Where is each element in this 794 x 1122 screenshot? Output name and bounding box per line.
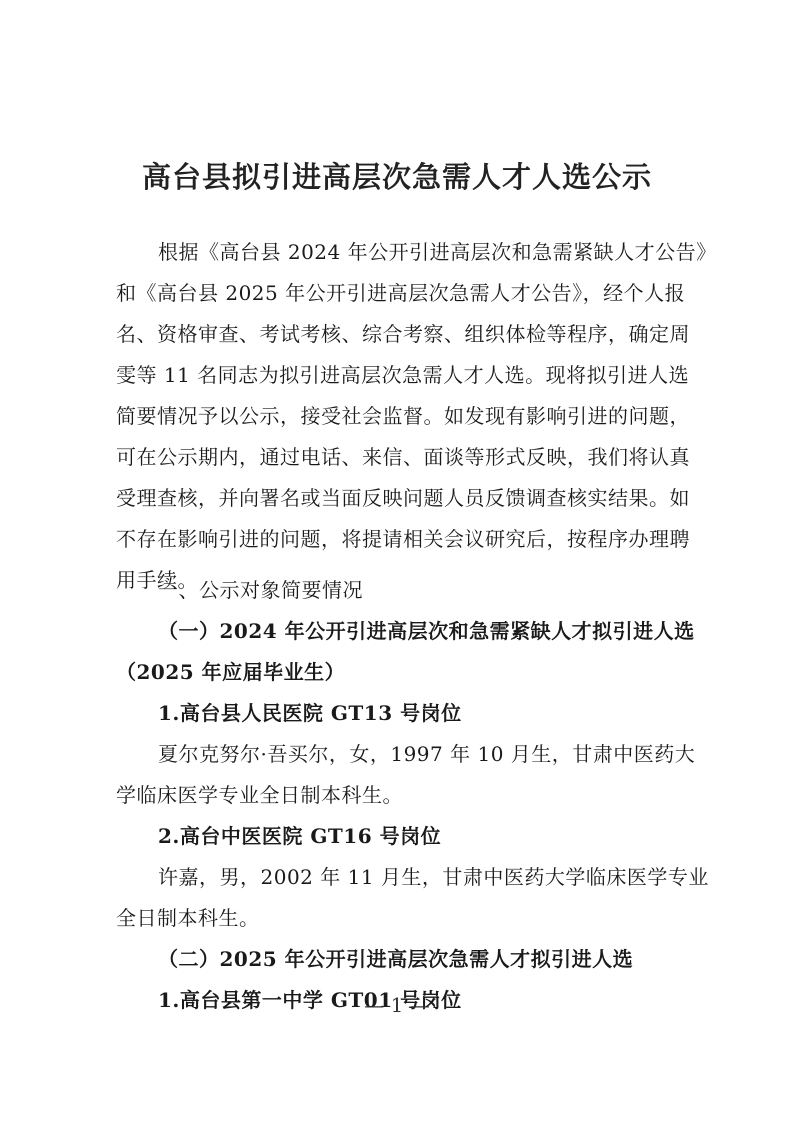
document-title: 高台县拟引进高层次急需人才人选公示 [0,155,794,196]
intro-line: 雯等 11 名同志为拟引进高层次急需人才人选。现将拟引进人选 [116,355,682,396]
candidate-desc: 夏尔克努尔·吾买尔，女，1997 年 10 月生，甘肃中医药大 [116,734,682,775]
subsection-heading: （一）2024 年公开引进高层次和急需紧缺人才拟引进人选 [116,611,682,652]
section-body: 一、公示对象简要情况 （一）2024 年公开引进高层次和急需紧缺人才拟引进人选 … [116,570,682,1021]
post-heading: 2.高台中医医院 GT16 号岗位 [116,816,682,857]
candidate-desc: 学临床医学专业全日制本科生。 [116,775,682,816]
page-number: — 1 — [0,993,794,1017]
candidate-desc: 全日制本科生。 [116,898,682,939]
intro-line: 简要情况予以公示，接受社会监督。如发现有影响引进的问题， [116,396,682,437]
intro-paragraph: 根据《高台县 2024 年公开引进高层次和急需紧缺人才公告》 和《高台县 202… [116,232,682,601]
subsection-heading-cont: （2025 年应届毕业生） [116,652,682,693]
intro-line: 不存在影响引进的问题，将提请相关会议研究后，按程序办理聘 [116,519,682,560]
intro-line: 和《高台县 2025 年公开引进高层次急需人才公告》，经个人报 [116,273,682,314]
post-heading: 1.高台县人民医院 GT13 号岗位 [116,693,682,734]
intro-line: 名、资格审查、考试考核、综合考察、组织体检等程序，确定周 [116,314,682,355]
section-heading: 一、公示对象简要情况 [116,570,682,611]
intro-line: 根据《高台县 2024 年公开引进高层次和急需紧缺人才公告》 [116,232,682,273]
intro-line: 受理查核，并向署名或当面反映问题人员反馈调查核实结果。如 [116,478,682,519]
intro-line: 可在公示期内，通过电话、来信、面谈等形式反映，我们将认真 [116,437,682,478]
subsection-heading: （二）2025 年公开引进高层次急需人才拟引进人选 [116,939,682,980]
candidate-desc: 许嘉，男，2002 年 11 月生，甘肃中医药大学临床医学专业 [116,857,682,898]
